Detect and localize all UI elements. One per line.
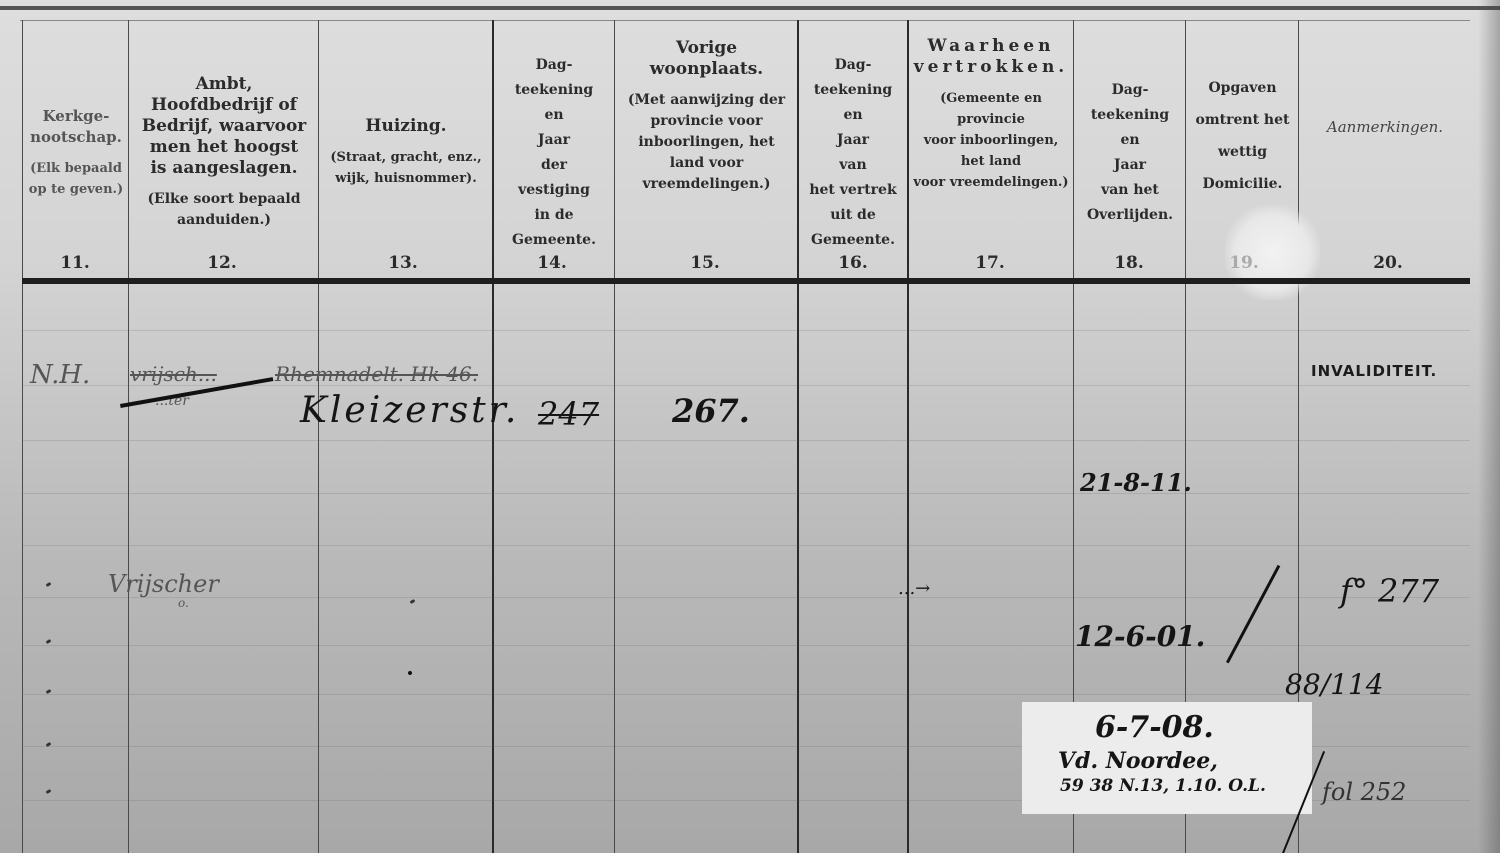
header-col-13: Huizing. (Straat, gracht, enz., wijk, hu… [320,30,492,275]
column-divider [22,20,23,853]
header-col-19: Opgaven omtrent het wettig Domicilie. [1187,30,1298,317]
register-page: Kerkge- nootschap. (Elk bepaald op te ge… [0,0,1500,853]
handwritten-beroep: Vrijscher [108,570,219,598]
handwritten-overlijden-date: 21-8-11. [1080,468,1192,497]
column-divider [614,20,615,853]
column-divider [128,20,129,853]
handwritten-beroep-struck: vrijsch... [130,362,217,386]
column-number: 17. [960,253,1020,273]
row-rule [22,597,1470,598]
header-col-14: Dag- teekening en Jaar der vestiging in … [494,30,614,275]
ditto-mark [46,639,52,644]
handwritten-huizing-struck: Rhemnadelt. Hk 46. [275,362,478,386]
column-number: 15. [675,253,735,273]
header-col-15: Vorige woonplaats. (Met aanwijzing der p… [616,30,797,283]
handwritten-folio-reference: fol 252 [1322,778,1406,806]
header-col-17: Waarheen vertrokken. (Gemeente en provin… [909,30,1073,281]
column-number: 16. [823,253,883,273]
bracket-stroke [1226,565,1280,664]
row-rule [22,493,1470,494]
header-bottom-rule [22,278,1470,284]
column-number: 13. [373,253,433,273]
handwritten-folio-reference: f° 277 [1340,572,1439,610]
header-col-20: Aanmerkingen. [1300,30,1470,363]
handwritten-reference-number: 88/114 [1285,668,1384,701]
handwritten-huisnr: 267. [672,392,750,430]
handwritten-beroep-sub: o. [178,596,189,610]
column-number: 11. [45,253,105,273]
handwritten-patch-date: 6-7-08. [1095,710,1214,745]
column-number: 12. [192,253,252,273]
invaliditeit-stamp: INVALIDITEIT. [1311,362,1437,380]
row-rule [22,440,1470,441]
handwritten-huisnr-struck: 247 [538,395,599,433]
ditto-mark [46,789,52,794]
ink-spot [407,670,412,675]
row-rule [22,330,1470,331]
handwritten-huizing: Kleizerstr. [300,390,519,431]
top-border [0,6,1500,10]
row-rule [22,694,1470,695]
row-rule [22,545,1470,546]
header-col-12: Ambt, Hoofdbedrijf of Bedrijf, waarvoor … [130,30,318,275]
ink-mark [410,599,416,604]
header-col-11: Kerkge- nootschap. (Elk bepaald op te ge… [24,30,128,275]
column-number: 19. [1214,253,1274,273]
header-col-18: Dag- teekening en Jaar van het Overlijde… [1075,30,1185,275]
column-number: 18. [1099,253,1159,273]
handwritten-patch-name: Vd. Noordee, [1058,748,1218,774]
header-col-16: Dag- teekening en Jaar van het vertrek u… [799,30,907,275]
row-rule [22,645,1470,646]
handwritten-overlijden-date: 12-6-01. [1075,620,1205,653]
column-number: 14. [522,253,582,273]
handwritten-kerkgenootschap: N.H. [30,360,90,390]
top-inner-border [20,20,1470,21]
column-number: 20. [1358,253,1418,273]
arrow-mark: ...→ [898,578,930,599]
column-divider [318,20,319,853]
handwritten-patch-detail: 59 38 N.13, 1.10. O.L. [1060,776,1266,796]
ditto-mark [46,582,52,587]
